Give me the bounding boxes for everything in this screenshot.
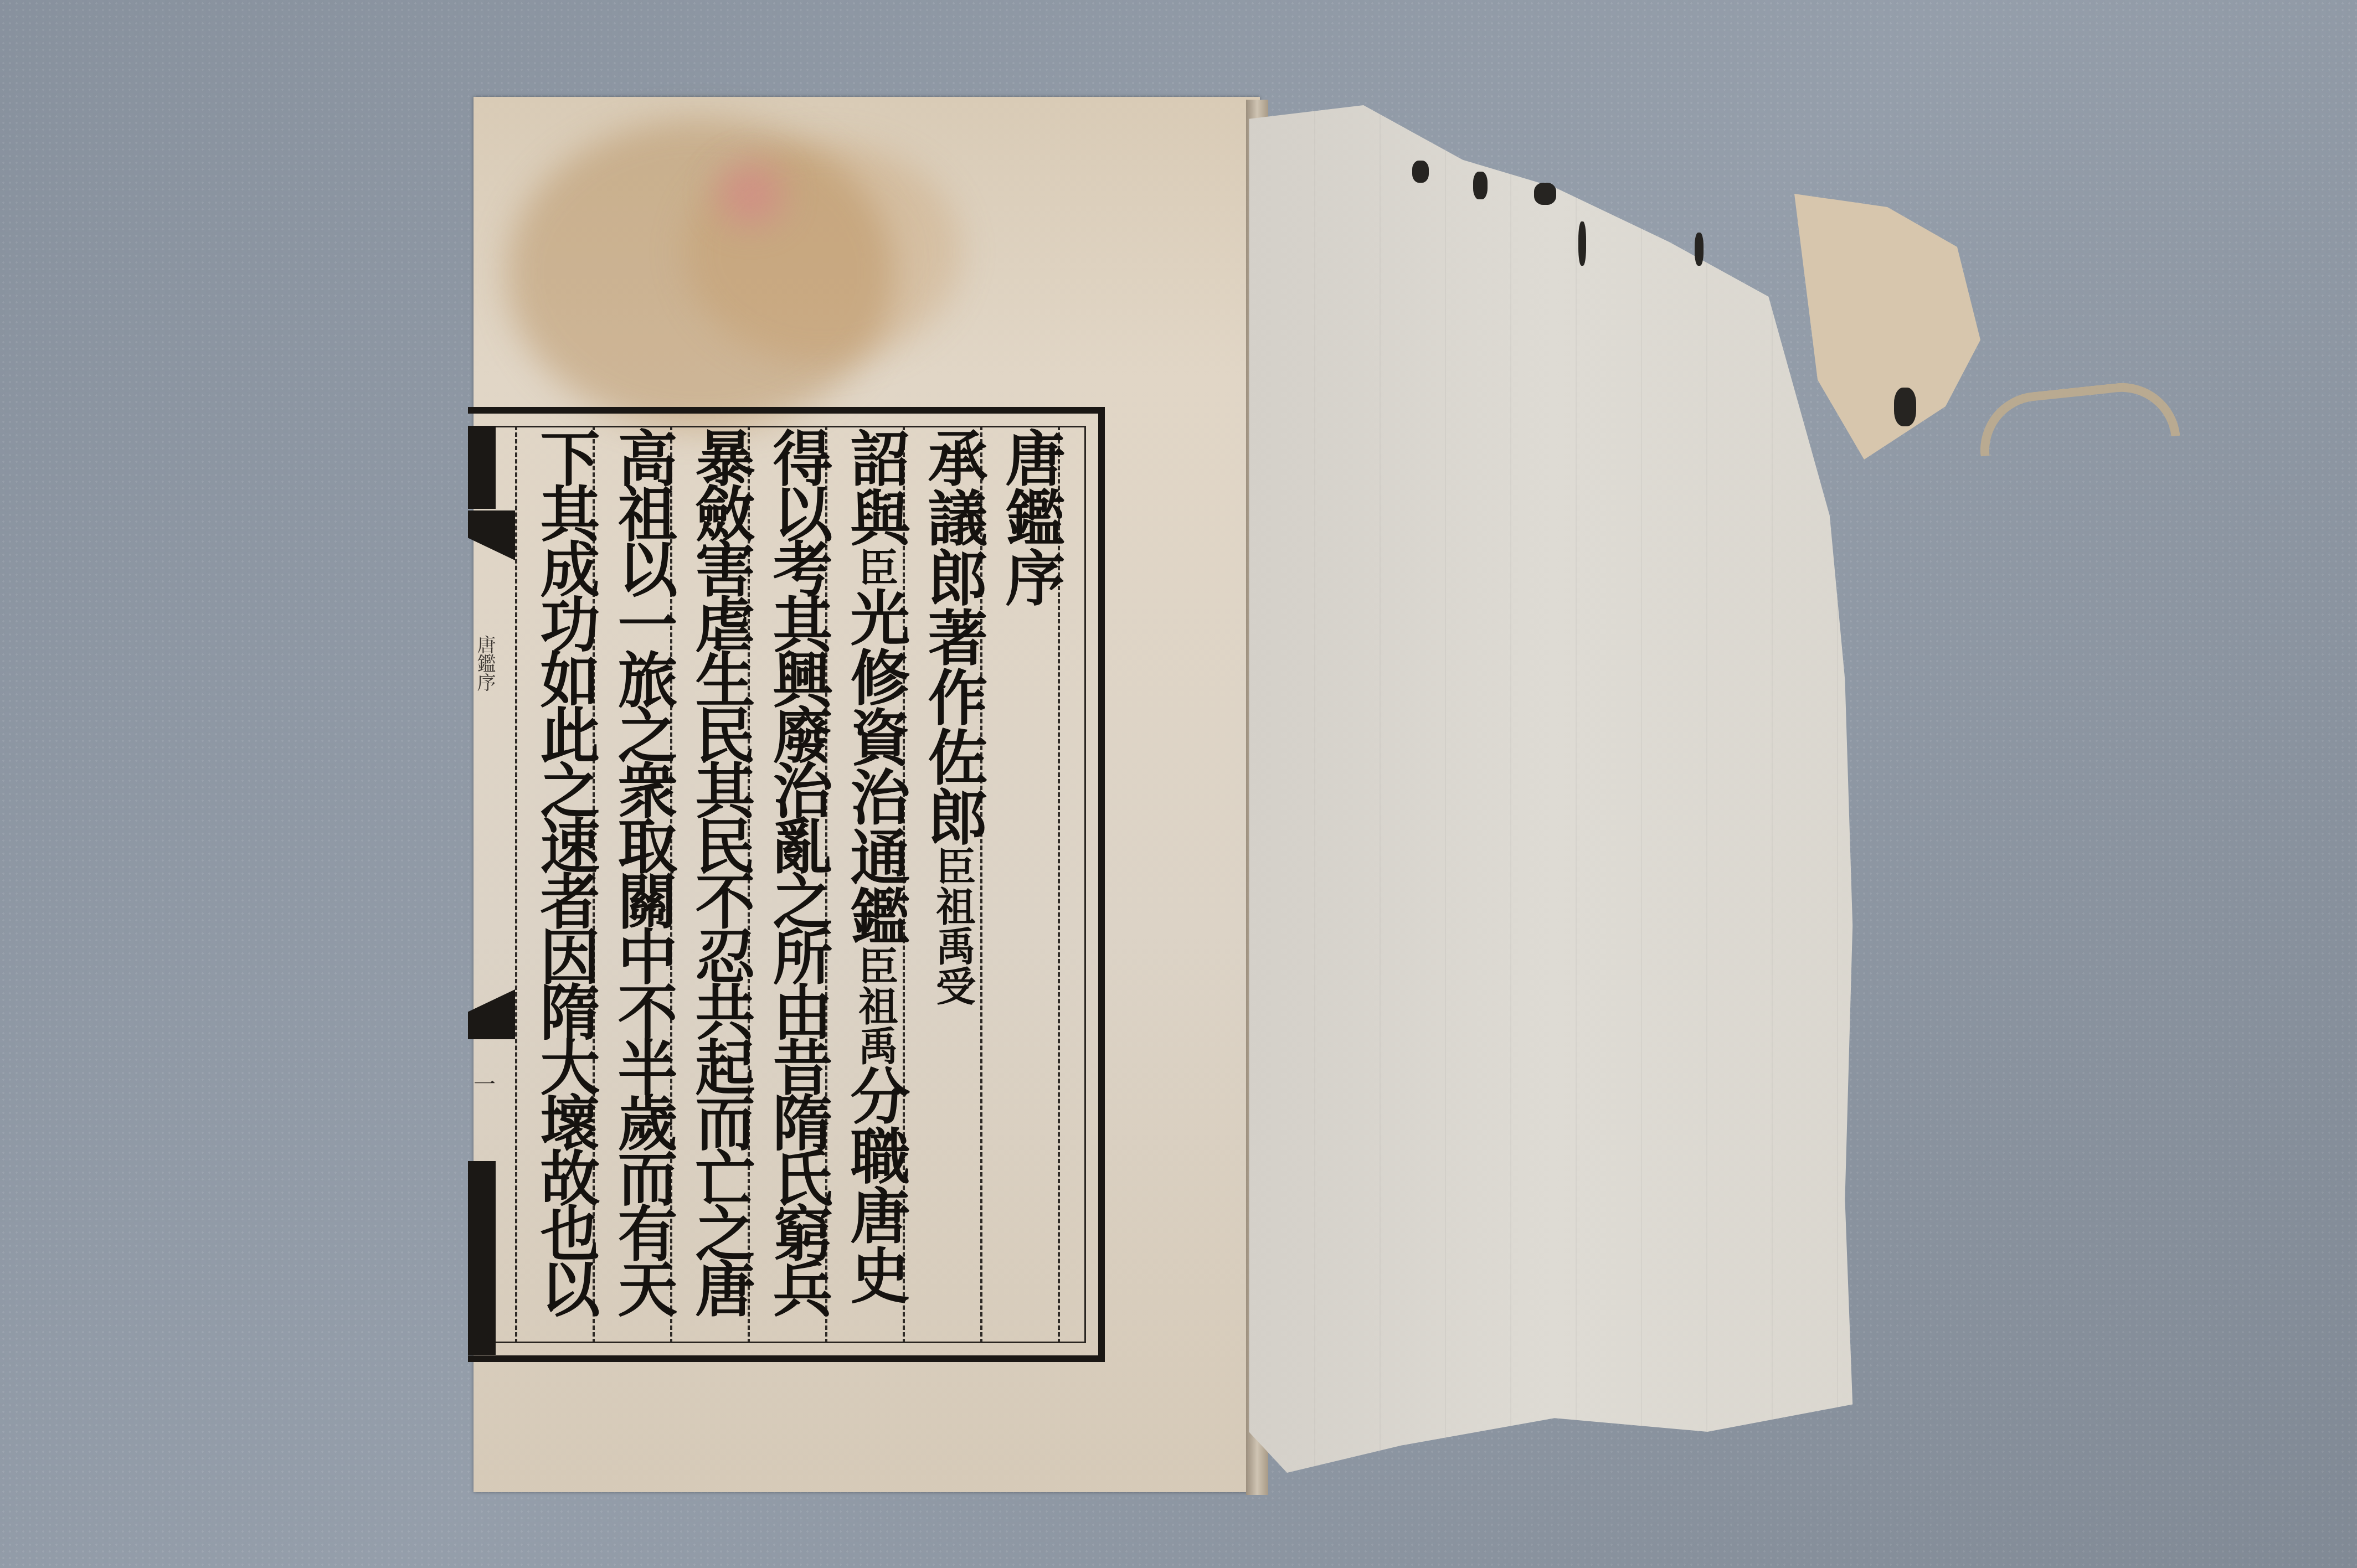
worm-hole: [1894, 388, 1916, 426]
text-column-8: [449, 427, 515, 1341]
worm-hole: [1412, 161, 1429, 183]
text-column-7: 下其成功如此之速者因隋大壞故也以: [526, 427, 604, 1341]
worm-hole: [1473, 172, 1488, 199]
column-text: 暴斂害虐生民其民不忍共起而亡之唐: [692, 427, 748, 1313]
column-text: 詔與: [836, 427, 914, 547]
printed-frame: 唐鑑序 一 唐鑑序 承議郎著作佐郎 臣祖禹受 詔與 臣 光修資治通鑑 臣祖禹 分…: [468, 407, 1105, 1362]
title-text: 唐鑑序: [991, 427, 1069, 607]
text-column-title: 唐鑑序: [991, 427, 1069, 1341]
worm-hole: [1534, 183, 1556, 205]
column-text: 承議郎著作佐郎: [914, 427, 991, 846]
text-column-4: 得以考其興廢治亂之所由昔隋氏窮兵: [759, 427, 836, 1341]
worm-hole: [1695, 233, 1704, 266]
column-small-text: 臣祖禹: [853, 946, 897, 1065]
text-column-2: 承議郎著作佐郎 臣祖禹受: [914, 427, 991, 1341]
column-text: 分職唐史: [836, 1065, 914, 1304]
worm-hole: [1578, 221, 1586, 266]
column-rule: [515, 426, 517, 1343]
column-text: 下其成功如此之速者因隋大壞故也以: [537, 427, 593, 1313]
column-small-text: 臣祖禹受: [930, 846, 975, 1005]
column-text: 高祖以一旅之衆取關中不半歲而有天: [615, 427, 670, 1313]
text-column-5: 暴斂害虐生民其民不忍共起而亡之唐: [681, 427, 759, 1341]
text-column-3: 詔與 臣 光修資治通鑑 臣祖禹 分職唐史: [836, 427, 914, 1341]
pink-stain: [717, 163, 784, 224]
text-column-6: 高祖以一旅之衆取關中不半歲而有天: [604, 427, 681, 1341]
column-text: 光修資治通鑑: [836, 587, 914, 946]
printed-page: 唐鑑序 一 唐鑑序 承議郎著作佐郎 臣祖禹受 詔與 臣 光修資治通鑑 臣祖禹 分…: [474, 97, 1260, 1492]
column-text: 得以考其興廢治亂之所由昔隋氏窮兵: [770, 427, 825, 1313]
column-small-text: 臣: [853, 547, 897, 587]
